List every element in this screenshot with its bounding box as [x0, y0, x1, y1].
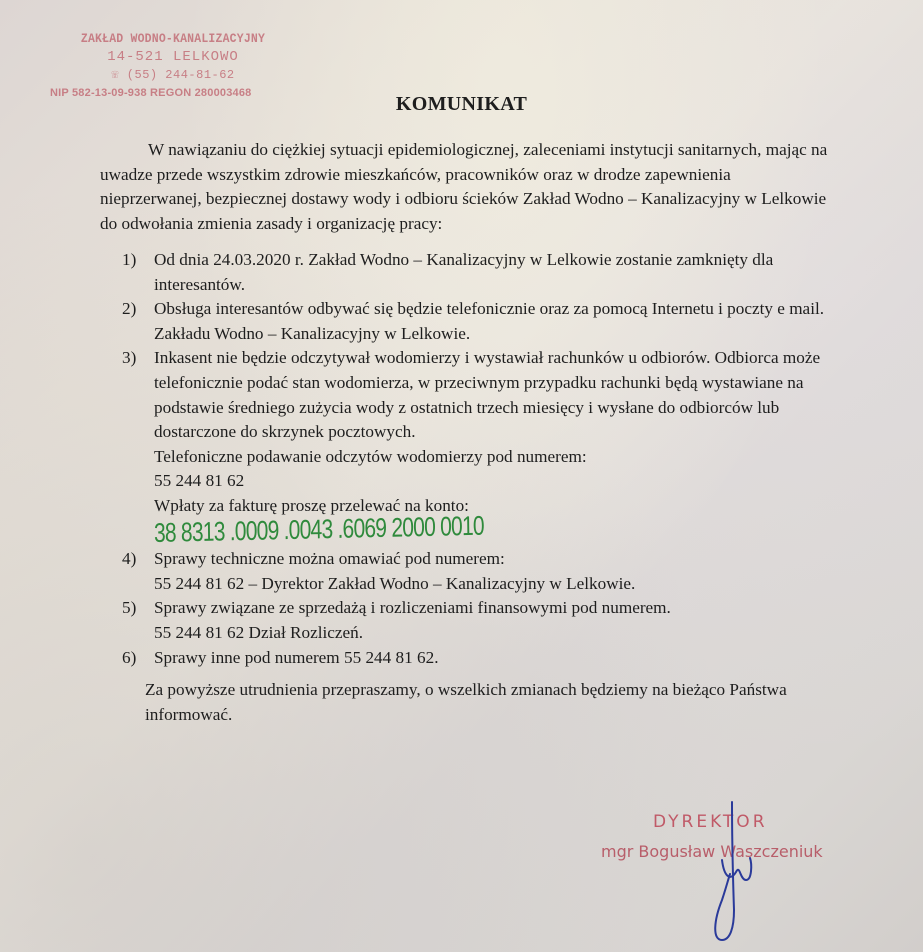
company-header-stamp: ZAKŁAD WODNO-KANALIZACYJNY 14-521 LELKOW… [48, 30, 298, 102]
meter-reading-phone: 55 244 81 62 [154, 471, 244, 490]
list-item-number: 2) [122, 297, 136, 322]
list-item-number: 6) [122, 646, 136, 671]
list-item: 3) Inkasent nie będzie odczytywał wodomi… [118, 346, 858, 547]
list-item-text: Inkasent nie będzie odczytywał wodomierz… [154, 348, 820, 441]
meter-reading-phone-label: Telefoniczne podawanie odczytów wodomier… [154, 447, 587, 466]
list-item-text: Obsługa interesantów odbywać się będzie … [154, 299, 824, 343]
list-item: 4) Sprawy techniczne można omawiać pod n… [118, 547, 858, 596]
intro-paragraph: W nawiązaniu do ciężkiej sytuacji epidem… [100, 138, 830, 236]
list-item-number: 5) [122, 596, 136, 621]
technical-phone: 55 244 81 62 – Dyrektor Zakład Wodno – K… [154, 574, 635, 593]
list-item: 1) Od dnia 24.03.2020 r. Zakład Wodno – … [118, 248, 858, 297]
list-item-text: Sprawy inne pod numerem 55 244 81 62. [154, 648, 439, 667]
list-item-number: 3) [122, 346, 136, 371]
list-item-number: 1) [122, 248, 136, 273]
list-item: 5) Sprawy związane ze sprzedażą i rozlic… [118, 596, 858, 645]
closing-paragraph: Za powyższe utrudnienia przepraszamy, o … [145, 677, 845, 727]
rules-list: 1) Od dnia 24.03.2020 r. Zakład Wodno – … [118, 248, 858, 670]
billing-phone: 55 244 81 62 Dział Rozliczeń. [154, 623, 363, 642]
list-item-text: Od dnia 24.03.2020 r. Zakład Wodno – Kan… [154, 250, 773, 294]
stamp-company-name: ZAKŁAD WODNO-KANALIZACYJNY [58, 30, 288, 48]
handwritten-account-number: 38 8313 .0009 .0043 .6069 2000 0010 [154, 513, 484, 545]
list-item-text: Sprawy związane ze sprzedażą i rozliczen… [154, 598, 671, 617]
stamp-phone: ☏ (55) 244-81-62 [48, 66, 298, 84]
list-item: 2) Obsługa interesantów odbywać się będz… [118, 297, 858, 346]
list-item: 6) Sprawy inne pod numerem 55 244 81 62. [118, 646, 858, 671]
document-title: KOMUNIKAT [0, 93, 923, 116]
stamp-address: 14-521 LELKOWO [48, 48, 298, 66]
list-item-text: Sprawy techniczne można omawiać pod nume… [154, 549, 505, 568]
handwritten-signature-icon [700, 800, 770, 945]
list-item-number: 4) [122, 547, 136, 572]
